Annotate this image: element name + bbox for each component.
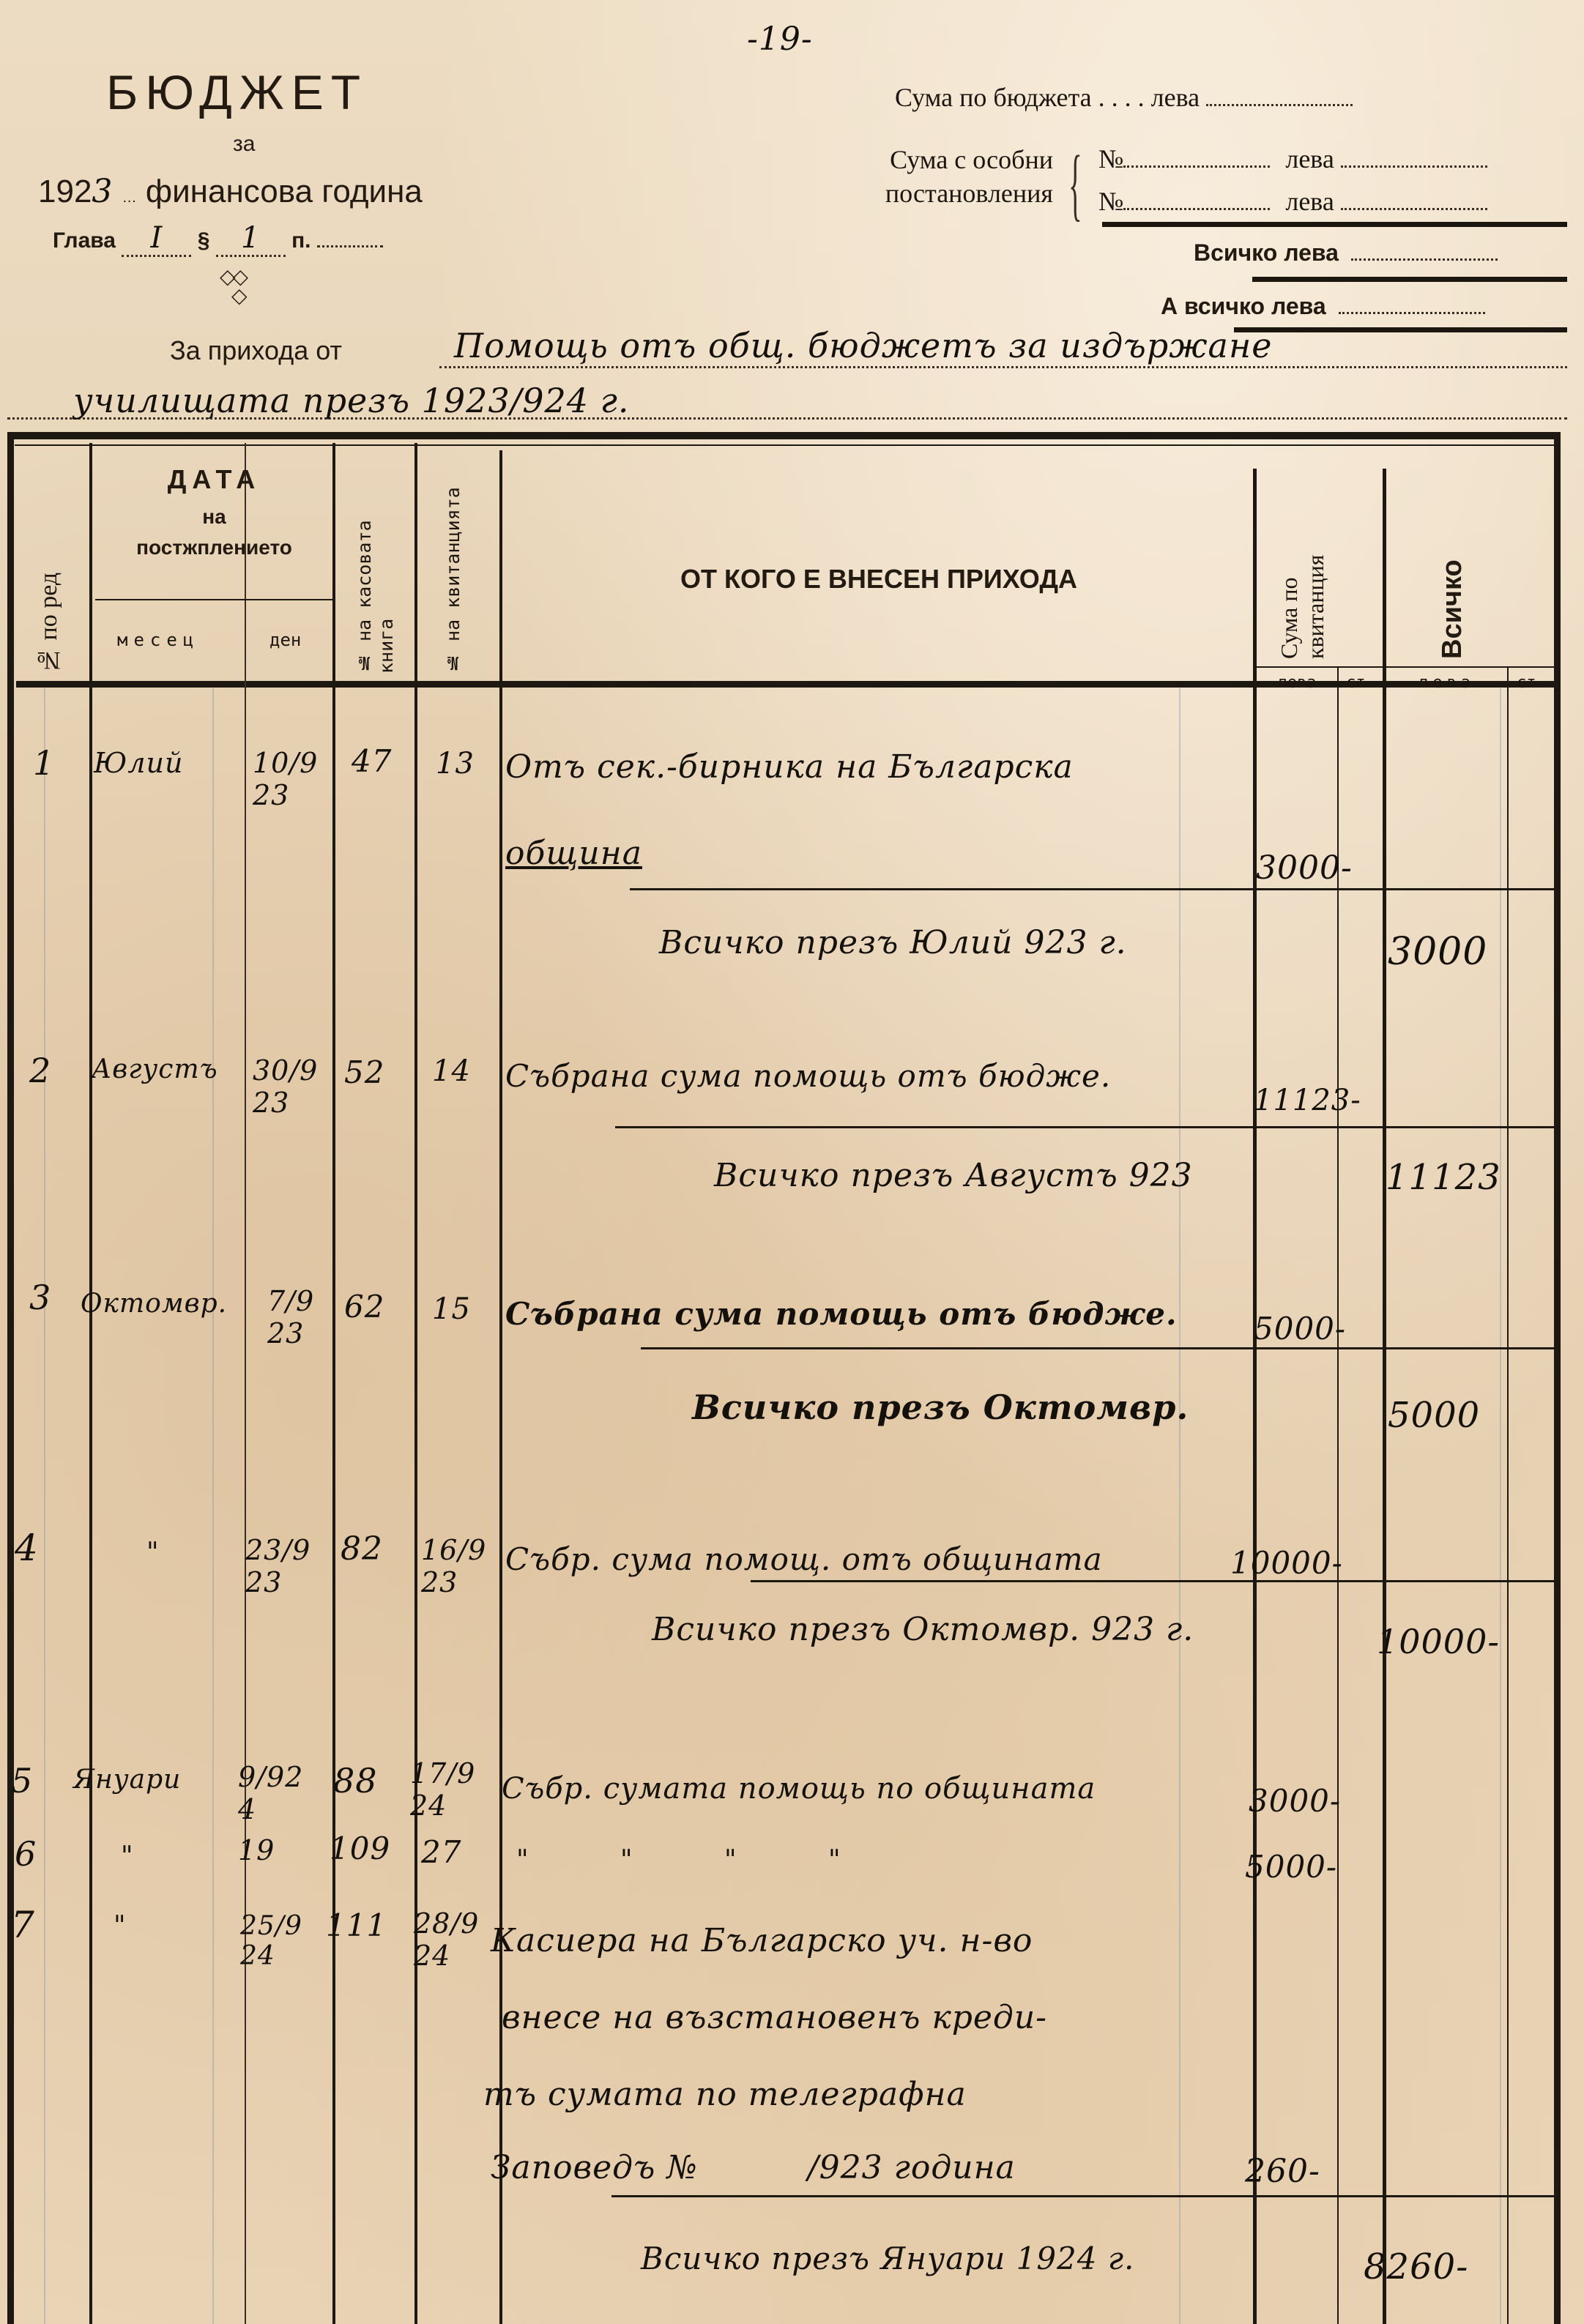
row-subtotal-rule xyxy=(630,888,1556,890)
header-sum-st: ст. xyxy=(1339,674,1383,692)
table-left-border xyxy=(7,432,14,2324)
row-subtotal: 10000- xyxy=(1377,1622,1500,1661)
row-amount: 3000- xyxy=(1249,1783,1341,1819)
row-description-line: Отъ сек.-бирника на Българска xyxy=(505,748,1074,786)
header-description: ОТ КОГО Е ВНЕСЕН ПРИХОДА xyxy=(505,564,1252,595)
row-receipt: 13 xyxy=(436,747,475,781)
row-receipt: 28/924 xyxy=(414,1907,487,1972)
number-sign-2: № xyxy=(1098,187,1123,216)
special-label-line1: Сума с особни xyxy=(852,143,1053,176)
document-title: БЮДЖЕТ xyxy=(106,64,368,120)
special-row-2: № лева xyxy=(1098,186,1487,217)
header-day: ден xyxy=(269,630,301,650)
col-sep xyxy=(245,443,246,2324)
row-day: 30/923 xyxy=(253,1054,326,1119)
row-day: 9/924 xyxy=(238,1761,311,1825)
col-sep xyxy=(1507,668,1509,2324)
header-date-title: ДАТА xyxy=(95,464,333,495)
glava-value: I xyxy=(150,221,163,255)
budget-sum-leva: лева xyxy=(1151,83,1200,112)
row-subtotal-label: Всичко презъ Августъ 923 xyxy=(714,1157,1193,1194)
header-receipt: № на квитанцията xyxy=(442,461,464,674)
income-source-handwritten-1: Помощь отъ общ. бюджетъ за издържане xyxy=(454,326,1273,365)
rule-line xyxy=(1102,222,1567,227)
ruling-line xyxy=(44,688,45,2324)
table-right-border xyxy=(1554,432,1561,2324)
row-cash-book: 88 xyxy=(333,1761,378,1800)
row-subtotal-rule xyxy=(611,2195,1556,2197)
row-month: Октомвр. xyxy=(81,1289,227,1319)
budget-sum-label: Сума по бюджета xyxy=(895,83,1092,112)
header-date-sub: постжплението xyxy=(95,536,333,559)
ruling-line xyxy=(1179,688,1180,2324)
point-label: п. xyxy=(291,228,311,253)
row-amount: 10000- xyxy=(1230,1545,1343,1581)
row-amount: 5000- xyxy=(1254,1311,1346,1347)
fiscal-year-label: финансова година xyxy=(146,174,423,209)
total-leva-line: Всичко лева xyxy=(1194,239,1498,267)
col-sep xyxy=(414,443,417,2324)
row-subtotal-label: Всичко презъ Октомвр. 923 г. xyxy=(652,1611,1194,1648)
col-sep xyxy=(1337,668,1339,2324)
row-number: 1 xyxy=(33,743,55,783)
table-top-border xyxy=(9,432,1560,439)
row-amount: 5000- xyxy=(1245,1849,1337,1885)
row-description-line: Събр. сума помощ. отъ общината xyxy=(505,1541,1103,1577)
fiscal-year-line: 19219233 … финансова година xyxy=(38,173,423,210)
row-subtotal-rule xyxy=(751,1580,1556,1582)
row-month: " xyxy=(146,1538,160,1568)
paragraph-symbol: § xyxy=(198,228,210,253)
special-row-1: № лева xyxy=(1098,144,1487,174)
grand-total-line: А всичко лева xyxy=(1161,293,1485,320)
row-cash-book: 62 xyxy=(344,1289,384,1325)
paragraph-value: 1 xyxy=(241,221,260,255)
special-label-line2: постановления xyxy=(852,176,1053,210)
row-number: 6 xyxy=(15,1834,37,1874)
income-from-label: За прихода от xyxy=(170,335,342,366)
row-month: Юлий xyxy=(94,747,184,779)
leva-label-2: лева xyxy=(1285,187,1334,216)
row-description-line: Събр. сумата помощь по общината xyxy=(502,1772,1096,1806)
za-label: за xyxy=(233,132,255,157)
row-number: 2 xyxy=(29,1051,51,1090)
row-description-ditto: " " " " xyxy=(516,1845,841,1875)
rule-line xyxy=(1252,277,1567,282)
row-subtotal-label: Всичко презъ Януари 1924 г. xyxy=(641,2241,1134,2276)
row-month: " xyxy=(121,1841,134,1872)
date-header-divider xyxy=(95,599,333,600)
row-subtotal: 3000 xyxy=(1388,930,1487,974)
page-number-mark: -19- xyxy=(747,21,813,58)
ruling-line xyxy=(212,688,214,2324)
brace: { xyxy=(1068,138,1082,231)
row-number: 7 xyxy=(11,1904,35,1946)
total-leva-label: Всичко лева xyxy=(1194,239,1339,266)
row-cash-book: 47 xyxy=(352,743,392,779)
row-subtotal: 11123 xyxy=(1386,1157,1501,1198)
header-total-st: ст. xyxy=(1509,674,1554,692)
row-receipt: 14 xyxy=(432,1054,471,1088)
row-subtotal-label: Всичко презъ Октомвр. xyxy=(692,1388,1189,1427)
row-receipt: 17/924 xyxy=(410,1757,483,1822)
row-cash-book: 52 xyxy=(344,1054,384,1090)
row-subtotal: 8260- xyxy=(1364,2246,1468,2287)
row-subtotal-rule xyxy=(615,1126,1556,1128)
col-sep xyxy=(499,450,502,2324)
number-sign-1: № xyxy=(1098,144,1123,174)
col-sep xyxy=(1253,469,1257,2324)
row-subtotal-rule xyxy=(641,1347,1556,1349)
glava-label: Глава xyxy=(53,228,116,253)
header-receipt-sum: Сума по квитанция xyxy=(1273,476,1331,659)
row-description-line: община xyxy=(505,835,642,872)
row-month: Януари xyxy=(73,1765,181,1795)
ornament-diamonds: ◇◇◇ xyxy=(220,267,245,305)
income-source-handwritten-2: училищата презъ 1923/924 г. xyxy=(73,381,630,420)
col-sep xyxy=(89,443,92,2324)
col-sep xyxy=(332,443,335,2324)
table-top-inner-line xyxy=(15,444,1560,446)
leva-label-1: лева xyxy=(1285,144,1334,174)
row-day: 23/923 xyxy=(245,1534,319,1598)
row-cash-book: 111 xyxy=(326,1907,387,1943)
chapter-line: Глава I § 1 п. xyxy=(53,221,383,257)
sum-header-divider xyxy=(1256,666,1384,668)
row-receipt: 27 xyxy=(421,1834,461,1870)
row-number: 5 xyxy=(11,1761,33,1800)
special-decisions-label: Сума с особни постановления xyxy=(852,143,1053,210)
header-month: месец xyxy=(117,630,199,650)
row-number: 3 xyxy=(29,1278,51,1317)
row-month: Августъ xyxy=(92,1054,218,1084)
income-dotted-line-1 xyxy=(439,366,1567,368)
budget-sum-line: Сума по бюджета . . . . лева xyxy=(895,82,1353,113)
row-description-line: внесе на възстановенъ креди- xyxy=(502,1999,1047,2036)
row-amount: 260- xyxy=(1245,2153,1320,2190)
row-month: " xyxy=(114,1911,127,1941)
row-receipt: 15 xyxy=(432,1292,471,1326)
header-cash-book: № на касовата книга xyxy=(350,469,401,674)
row-subtotal-label: Всичко презъ Юлий 923 г. xyxy=(659,924,1127,961)
row-description-line: Касиера на Българско уч. н-во xyxy=(491,1922,1033,1959)
row-day: 19 xyxy=(238,1834,275,1866)
header-row-number: № по ред xyxy=(35,483,63,674)
header-total: Всичко xyxy=(1437,476,1468,659)
row-cash-book: 82 xyxy=(341,1530,383,1568)
col-sep xyxy=(1383,469,1386,2324)
header-date-na: на xyxy=(95,505,333,529)
total-header-divider xyxy=(1386,666,1555,668)
row-description-line: Събрана сума помощь отъ бюдже. xyxy=(505,1296,1178,1332)
row-day: 25/924 xyxy=(240,1911,313,1971)
ruling-line xyxy=(1500,688,1501,2324)
row-description-line: тъ сумата по телеграфна xyxy=(483,2076,967,2113)
row-day: 7/923 xyxy=(267,1285,326,1349)
row-description-line: Събрана сума помощь отъ бюдже. xyxy=(505,1058,1111,1094)
row-number: 4 xyxy=(15,1527,39,1569)
row-cash-book: 109 xyxy=(330,1830,390,1866)
header-sum-leva: лева xyxy=(1257,674,1337,692)
grand-total-label: А всичко лева xyxy=(1161,293,1326,319)
header-total-leva: лева xyxy=(1386,674,1507,692)
row-receipt: 16/923 xyxy=(421,1534,494,1598)
row-subtotal: 5000 xyxy=(1388,1395,1480,1436)
row-day: 10/923 xyxy=(253,747,326,811)
row-description-line: Заповедъ № /923 година xyxy=(491,2149,1016,2186)
row-amount: 3000- xyxy=(1256,849,1353,887)
row-amount: 11123- xyxy=(1254,1084,1361,1117)
rule-line xyxy=(1234,327,1567,332)
